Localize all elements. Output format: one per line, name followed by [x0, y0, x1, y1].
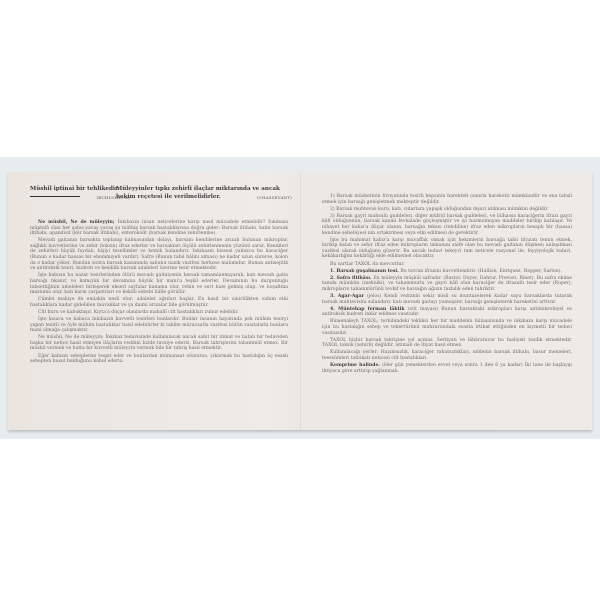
paragraph: İşte kabızın bu nazar tesirlerinden ötür… — [30, 273, 288, 295]
paragraph: 4. Müntehap ferman lâktik (süt mayası) B… — [322, 307, 572, 318]
paragraph-lead: Ne müshil, Ne de müleyyin; — [38, 220, 118, 225]
paragraph: 3) Barsak gayri mahsulü guddeleri, diğer… — [322, 214, 572, 236]
paragraph: Cümlei mahiye de emlakin nesli olur; ada… — [30, 297, 288, 308]
paragraph: 3. Agar-Agar (jelos) Kendi vezninin seki… — [322, 294, 572, 305]
paragraph: Ne müshil, Ne de müleyyin; İnkıbazın ins… — [30, 220, 288, 237]
center-header-title: Müleyyinler tıpkı zehirli ilaçlar miktar… — [116, 186, 280, 200]
paragraph-text: İşte kabızın bu nazar tesirlerinden ötür… — [30, 273, 288, 295]
paragraph: 1. Barsak guşalmanın tesi. Bu tavran ifr… — [322, 269, 572, 275]
paragraph: 2) Barsak muhtevisi kuru, katı, cidarlar… — [322, 207, 572, 213]
center-fold — [300, 172, 301, 430]
paragraph-text: Binaenaleyh TAXOL; terkibindeki tekliksi… — [322, 319, 572, 335]
paragraph-text: Eğer kabızın sebeplerini tespit eder ve … — [30, 354, 288, 365]
paragraph-text: TAXOL hiçbir barsak tahrişine yol açmaz.… — [322, 338, 572, 349]
paragraph: Komprime halinde. (Her gün yemeklerden e… — [322, 363, 572, 374]
paragraph-lead: Komprime halinde. — [330, 363, 382, 368]
paragraph-text: Bu tavran ifrazını kuvvetlendirir. (Hall… — [400, 269, 562, 274]
paragraph: Ne müshil, Ne de müleyyin; İnkıbaz tedav… — [30, 335, 288, 352]
paragraph-text: 3) Barsak gayri mahsulü guddeleri, diğer… — [322, 214, 572, 236]
paragraph: Binaenaleyh TAXOL; terkibindeki tekliksi… — [322, 319, 572, 336]
document-sheet: Müshil iptinai bir tehlikedir. (BUHLUHEU… — [8, 172, 592, 430]
paragraph: İşte kısaca ve kabaca inkıbazın kuvvetli… — [30, 317, 288, 334]
paragraph: TAXOL hiçbir barsak tahrişine yol açmaz.… — [322, 338, 572, 349]
left-column: Ne müshil, Ne de müleyyin; İnkıbazın ins… — [30, 220, 288, 366]
paragraph-text: İşte kısaca ve kabaca inkıbazın kuvvetli… — [30, 317, 288, 333]
paragraph: Bu sartlar TAXOL da mevcuttur. — [322, 262, 572, 268]
paragraph-lead: 4. Müntehap ferman lâktik — [330, 307, 408, 312]
header-rule — [30, 196, 80, 197]
paragraph: Eğer kabızın sebeplerini tespit eder ve … — [30, 354, 288, 365]
left-header-title: Müshil iptinai bir tehlikedir. — [30, 186, 119, 192]
paragraph: Mevadı gaitanın barsakta toplanıp kalmas… — [30, 238, 288, 272]
paragraph: Kullanılacağı yerler: Hazımsızlık, karac… — [322, 350, 572, 361]
paragraph: 2. Safra iltihâsı. En müleyyin müşkül sa… — [322, 276, 572, 293]
paragraph-text: İşte bu mahımat kabız'a karşı muvaffak o… — [322, 238, 572, 260]
paragraph: Cilt kuru ve kabuklaşır, Kıyta'a düçar o… — [30, 310, 288, 316]
paragraph-text: Kullanılacağı yerler: Hazımsızlık, karac… — [322, 350, 572, 361]
center-header-attribution: (CHASSEVANT) — [257, 194, 292, 202]
paragraph-lead: 2. Safra iltihâsı. — [330, 276, 373, 281]
left-header: Müshil iptinai bir tehlikedir. (BUHLUHEU… — [30, 186, 130, 201]
paragraph-text: Ne müshil, Ne de müleyyin; İnkıbaz tedav… — [30, 335, 288, 351]
right-column: 1) Barsak müsbetinin fıtrıyatında tesirl… — [322, 194, 572, 376]
paragraph: 1) Barsak müsbetinin fıtrıyatında tesirl… — [322, 194, 572, 205]
paragraph: İşte bu mahımat kabız'a karşı muvaffak o… — [322, 238, 572, 260]
paragraph-text: Cümlei mahiye de emlakin nesli olur; ada… — [30, 297, 288, 308]
paragraph-lead: 3. Agar-Agar — [330, 294, 367, 299]
paragraph-text: 1) Barsak müsbetinin fıtrıyatında tesirl… — [322, 194, 572, 205]
paragraph-text: Cilt kuru ve kabuklaşır, Kıyta'a düçar o… — [38, 310, 239, 315]
paragraph-text: Mevadı gaitanın barsakta toplanıp kalmas… — [30, 238, 288, 271]
paragraph-text: 2) Barsak muhtevisi kuru, katı, cidarlar… — [330, 207, 548, 212]
center-header: Müleyyinler tıpkı zehirli ilaçlar miktar… — [116, 186, 292, 201]
paragraph-text: Bu sartlar TAXOL da mevcuttur. — [330, 262, 405, 267]
paragraph-lead: 1. Barsak guşalmanın tesi. — [330, 269, 400, 274]
